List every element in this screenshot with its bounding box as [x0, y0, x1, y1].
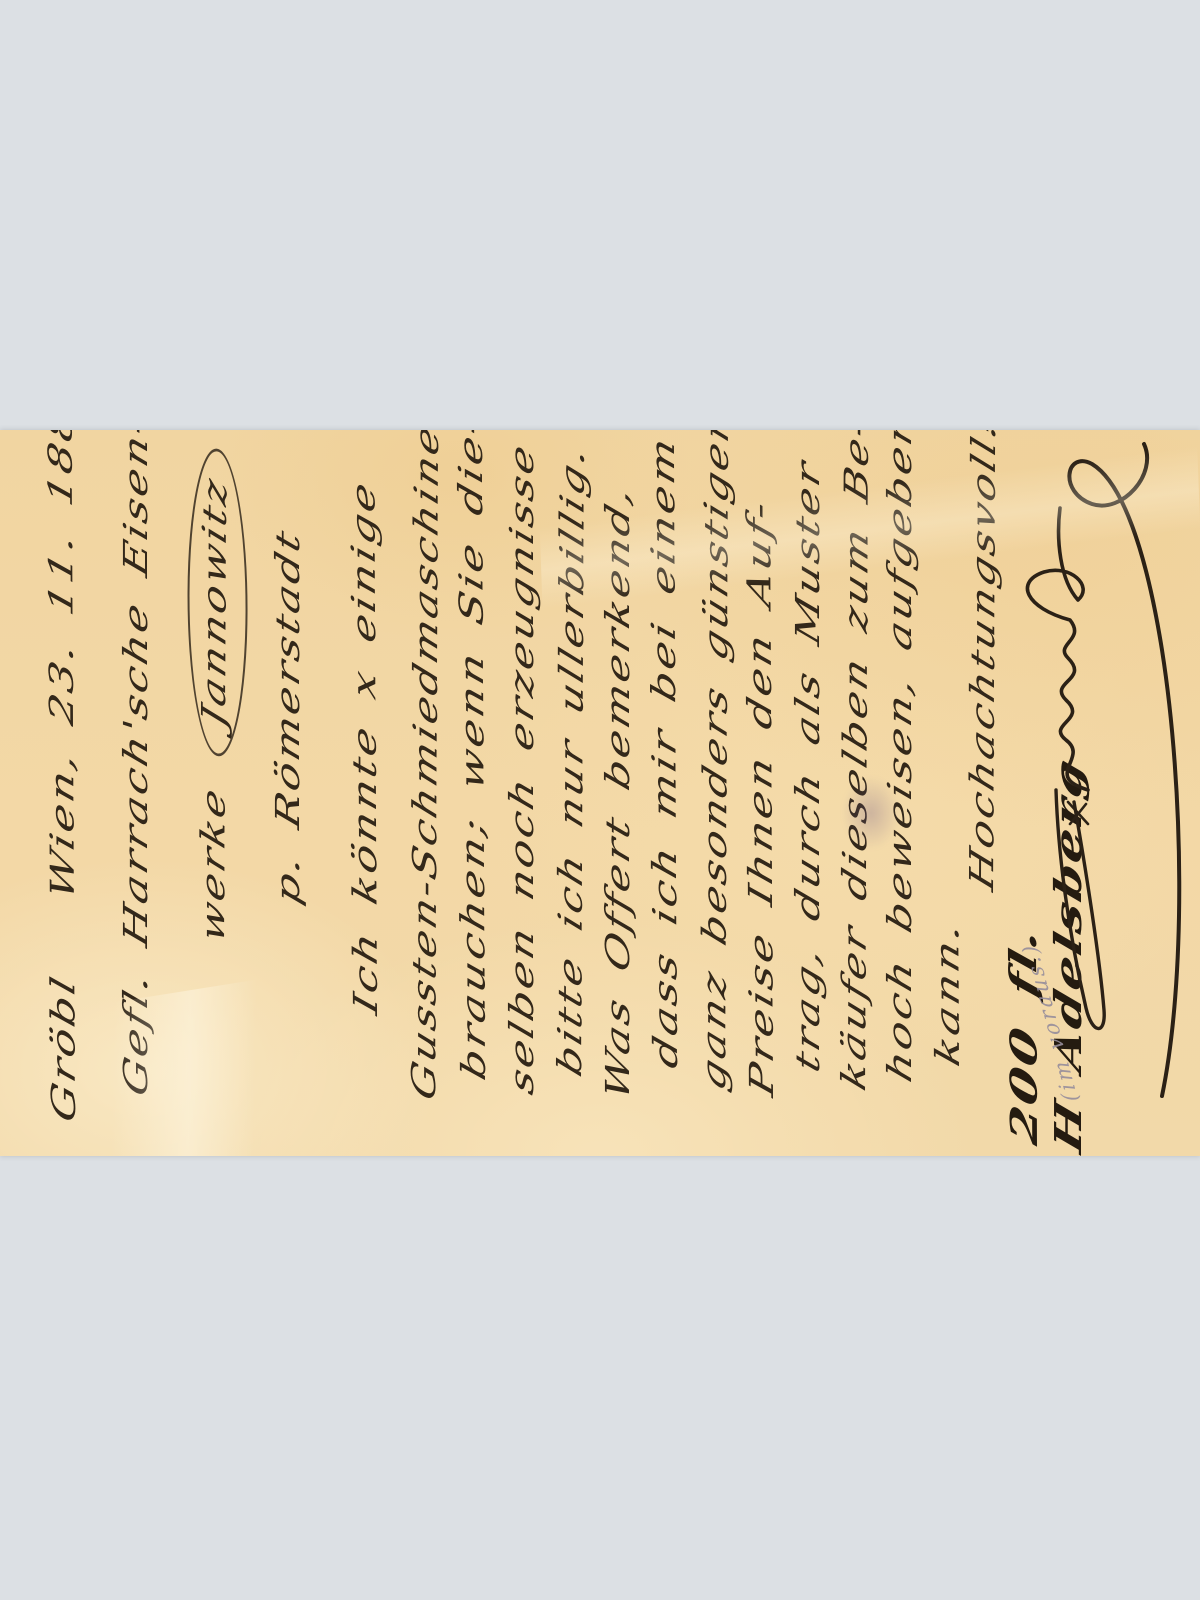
scanner-background: GröblWien, 23. 11. 1889Gefl. Harrach'sch… — [0, 0, 1200, 1600]
handwritten-line: p. Römerstadt — [268, 633, 307, 904]
line-text: Preise Ihnen den Auf- — [739, 494, 781, 1100]
line-text: kann. — [927, 915, 967, 1070]
ink-smudge — [842, 776, 900, 850]
signature-flourish — [1000, 440, 1195, 1120]
handwritten-line: Gefl. Harrach'sche Eisen- — [116, 604, 155, 1096]
postcard-scan: GröblWien, 23. 11. 1889Gefl. Harrach'sch… — [0, 430, 1200, 1156]
handwritten-line: GröblWien, 23. 11. 1889 — [44, 591, 83, 1122]
handwritten-line: werke Jannowitz — [186, 581, 246, 944]
handwritten-line: Hochachtungsvoll! — [962, 542, 1001, 891]
handwritten-line: selben noch erzeugnisse so — [502, 563, 541, 1094]
line-text: Hochachtungsvoll! — [962, 430, 1003, 895]
line-text: Wien, 23. 11. 1889 — [40, 430, 82, 904]
handwritten-line: Was Offert bemerkend, — [598, 656, 637, 1100]
handwritten-line: Ich könnte x einige — [346, 634, 385, 1014]
line-text: hoch beweisen, aufgeben — [880, 430, 919, 1087]
line-text: selben noch erzeugnisse so — [502, 430, 541, 1099]
line-text: Was Offert bemerkend, — [598, 479, 637, 1105]
handwritten-line: brauchen; wenn Sie die- — [454, 607, 493, 1080]
handwritten-line: Preise Ihnen den Auf- — [742, 671, 781, 1096]
circled-word: Jannowitz — [187, 438, 248, 767]
handwritten-line: bitte ich nur ullerbillig. — [550, 613, 589, 1076]
line-text: Gefl. Harrach'sche Eisen- — [116, 430, 155, 1101]
line-text: dass ich mir bei einem — [643, 430, 685, 1072]
line-text: brauchen; wenn Sie die- — [451, 430, 493, 1084]
line-text: trag, durch als Muster — [788, 454, 827, 1077]
line-text: ganz besonders günstigen — [694, 430, 736, 1095]
handwritten-line: Gussten-Schmiedmaschinen — [404, 580, 443, 1100]
handwritten-line: ganz besonders günstigen — [694, 589, 733, 1090]
line-text: käufer dieselben zum Be- — [834, 430, 876, 1095]
line-text: bitte ich nur ullerbillig. — [550, 439, 592, 1082]
line-text: Gröbl — [43, 970, 83, 1127]
handwritten-line: kann. — [928, 963, 967, 1066]
handwritten-line: dass ich mir bei einem — [646, 618, 685, 1068]
line-text: werke — [193, 754, 233, 948]
handwritten-line: trag, durch als Muster — [788, 630, 827, 1072]
line-text: p. Römerstadt — [268, 523, 307, 909]
line-text: Gussten-Schmiedmaschinen — [404, 430, 446, 1105]
handwriting-layer: GröblWien, 23. 11. 1889Gefl. Harrach'sch… — [0, 430, 1200, 1156]
line-text: Ich könnte x einige — [343, 475, 385, 1018]
